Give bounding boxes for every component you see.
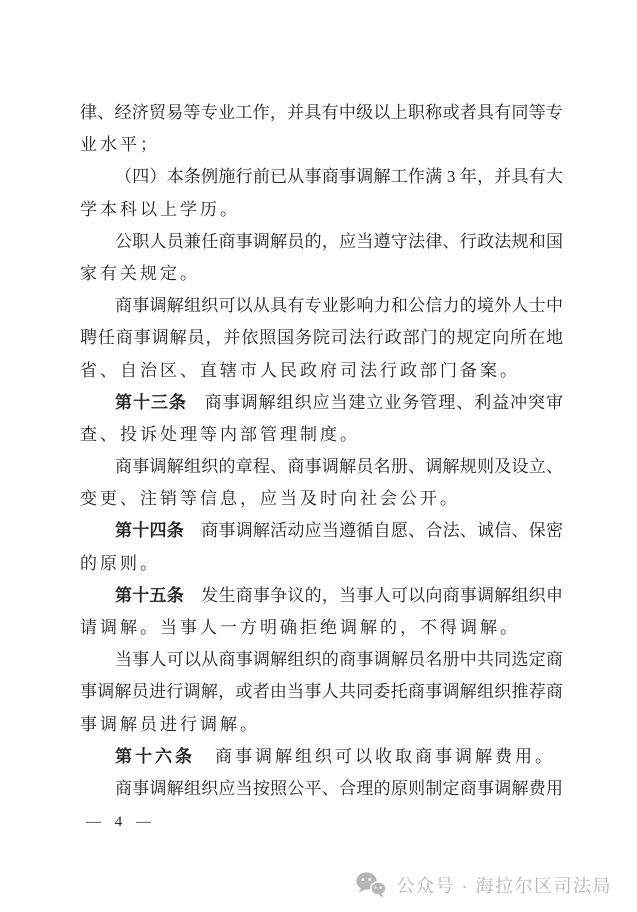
page-number: — 4 — (86, 806, 156, 838)
text-segment: 商事调解组织可以从具有专业影响力和公信力的境外人士中 (115, 296, 563, 315)
document-page: 律、经济贸易等专业工作，并具有中级以上职称或者具有同等专业水平；（四）本条例施行… (0, 0, 637, 912)
text-segment: 商事调解组织应当按照公平、合理的原则制定商事调解费用 (115, 779, 563, 798)
article-number: 第十三条 (115, 393, 187, 412)
text-line: 第十三条 商事调解组织应当建立业务管理、利益冲突审 (80, 387, 563, 419)
document-text: 律、经济贸易等专业工作，并具有中级以上职称或者具有同等专业水平；（四）本条例施行… (80, 97, 563, 805)
text-line: 律、经济贸易等专业工作，并具有中级以上职称或者具有同等专 (80, 97, 563, 129)
text-line: 的原则。 (80, 548, 563, 580)
text-line: （四）本条例施行前已从事商事调解工作满 3 年，并具有大 (80, 161, 563, 193)
text-segment: 聘任商事调解员，并依照国务院司法行政部门的规定向所在地 (80, 328, 563, 347)
text-segment: 业水平； (80, 135, 160, 154)
text-line: 事调解员进行调解。 (80, 709, 563, 741)
text-segment: 事调解员进行调解。 (80, 715, 260, 734)
text-segment: 商事调解组织可以收取商事调解费用。 (195, 747, 555, 766)
text-segment: 学本科以上学历。 (80, 200, 240, 219)
text-segment: 商事调解组织的章程、商事调解员名册、调解规则及设立、 (115, 457, 563, 476)
text-line: 请调解。当事人一方明确拒绝调解的，不得调解。 (80, 612, 563, 644)
text-line: 聘任商事调解员，并依照国务院司法行政部门的规定向所在地 (80, 322, 563, 354)
text-segment: （四）本条例施行前已从事商事调解工作满 3 年，并具有大 (115, 167, 563, 186)
text-segment: 商事调解活动应当遵循自愿、合法、诚信、保密 (184, 521, 563, 540)
text-line: 变更、注销等信息，应当及时向社会公开。 (80, 483, 563, 515)
text-line: 查、投诉处理等内部管理制度。 (80, 419, 563, 451)
text-line: 当事人可以从商事调解组织的商事调解员名册中共同选定商 (80, 644, 563, 676)
text-segment: 当事人可以从商事调解组织的商事调解员名册中共同选定商 (115, 650, 563, 669)
text-line: 第十六条 商事调解组织可以收取商事调解费用。 (80, 741, 563, 773)
text-segment: 律、经济贸易等专业工作，并具有中级以上职称或者具有同等专 (80, 103, 563, 122)
text-line: 省、自治区、直辖市人民政府司法行政部门备案。 (80, 355, 563, 387)
text-segment: 请调解。当事人一方明确拒绝调解的，不得调解。 (80, 618, 520, 637)
text-line: 业水平； (80, 129, 563, 161)
article-number: 第十六条 (115, 747, 195, 766)
text-segment: 发生商事争议的，当事人可以向商事调解组织申 (184, 586, 563, 605)
text-line: 学本科以上学历。 (80, 194, 563, 226)
wechat-icon (355, 871, 388, 899)
text-segment: 变更、注销等信息，应当及时向社会公开。 (80, 489, 460, 508)
text-segment: 省、自治区、直辖市人民政府司法行政部门备案。 (80, 361, 520, 380)
wechat-footer: 公众号 · 海拉尔区司法局 (355, 868, 613, 902)
text-line: 公职人员兼任商事调解员的，应当遵守法律、行政法规和国 (80, 226, 563, 258)
text-segment: 查、投诉处理等内部管理制度。 (80, 425, 360, 444)
wechat-account-label: 公众号 · 海拉尔区司法局 (397, 872, 613, 898)
text-line: 商事调解组织应当按照公平、合理的原则制定商事调解费用 (80, 773, 563, 805)
text-line: 家有关规定。 (80, 258, 563, 290)
text-line: 事调解员进行调解，或者由当事人共同委托商事调解组织推荐商 (80, 676, 563, 708)
text-segment: 公职人员兼任商事调解员的，应当遵守法律、行政法规和国 (115, 232, 563, 251)
article-number: 第十四条 (115, 521, 184, 540)
text-segment: 家有关规定。 (80, 264, 200, 283)
text-line: 商事调解组织可以从具有专业影响力和公信力的境外人士中 (80, 290, 563, 322)
text-line: 第十四条 商事调解活动应当遵循自愿、合法、诚信、保密 (80, 515, 563, 547)
text-line: 第十五条 发生商事争议的，当事人可以向商事调解组织申 (80, 580, 563, 612)
text-segment: 商事调解组织应当建立业务管理、利益冲突审 (187, 393, 563, 412)
text-line: 商事调解组织的章程、商事调解员名册、调解规则及设立、 (80, 451, 563, 483)
text-segment: 事调解员进行调解，或者由当事人共同委托商事调解组织推荐商 (80, 682, 563, 701)
article-number: 第十五条 (115, 586, 184, 605)
text-segment: 的原则。 (80, 554, 160, 573)
